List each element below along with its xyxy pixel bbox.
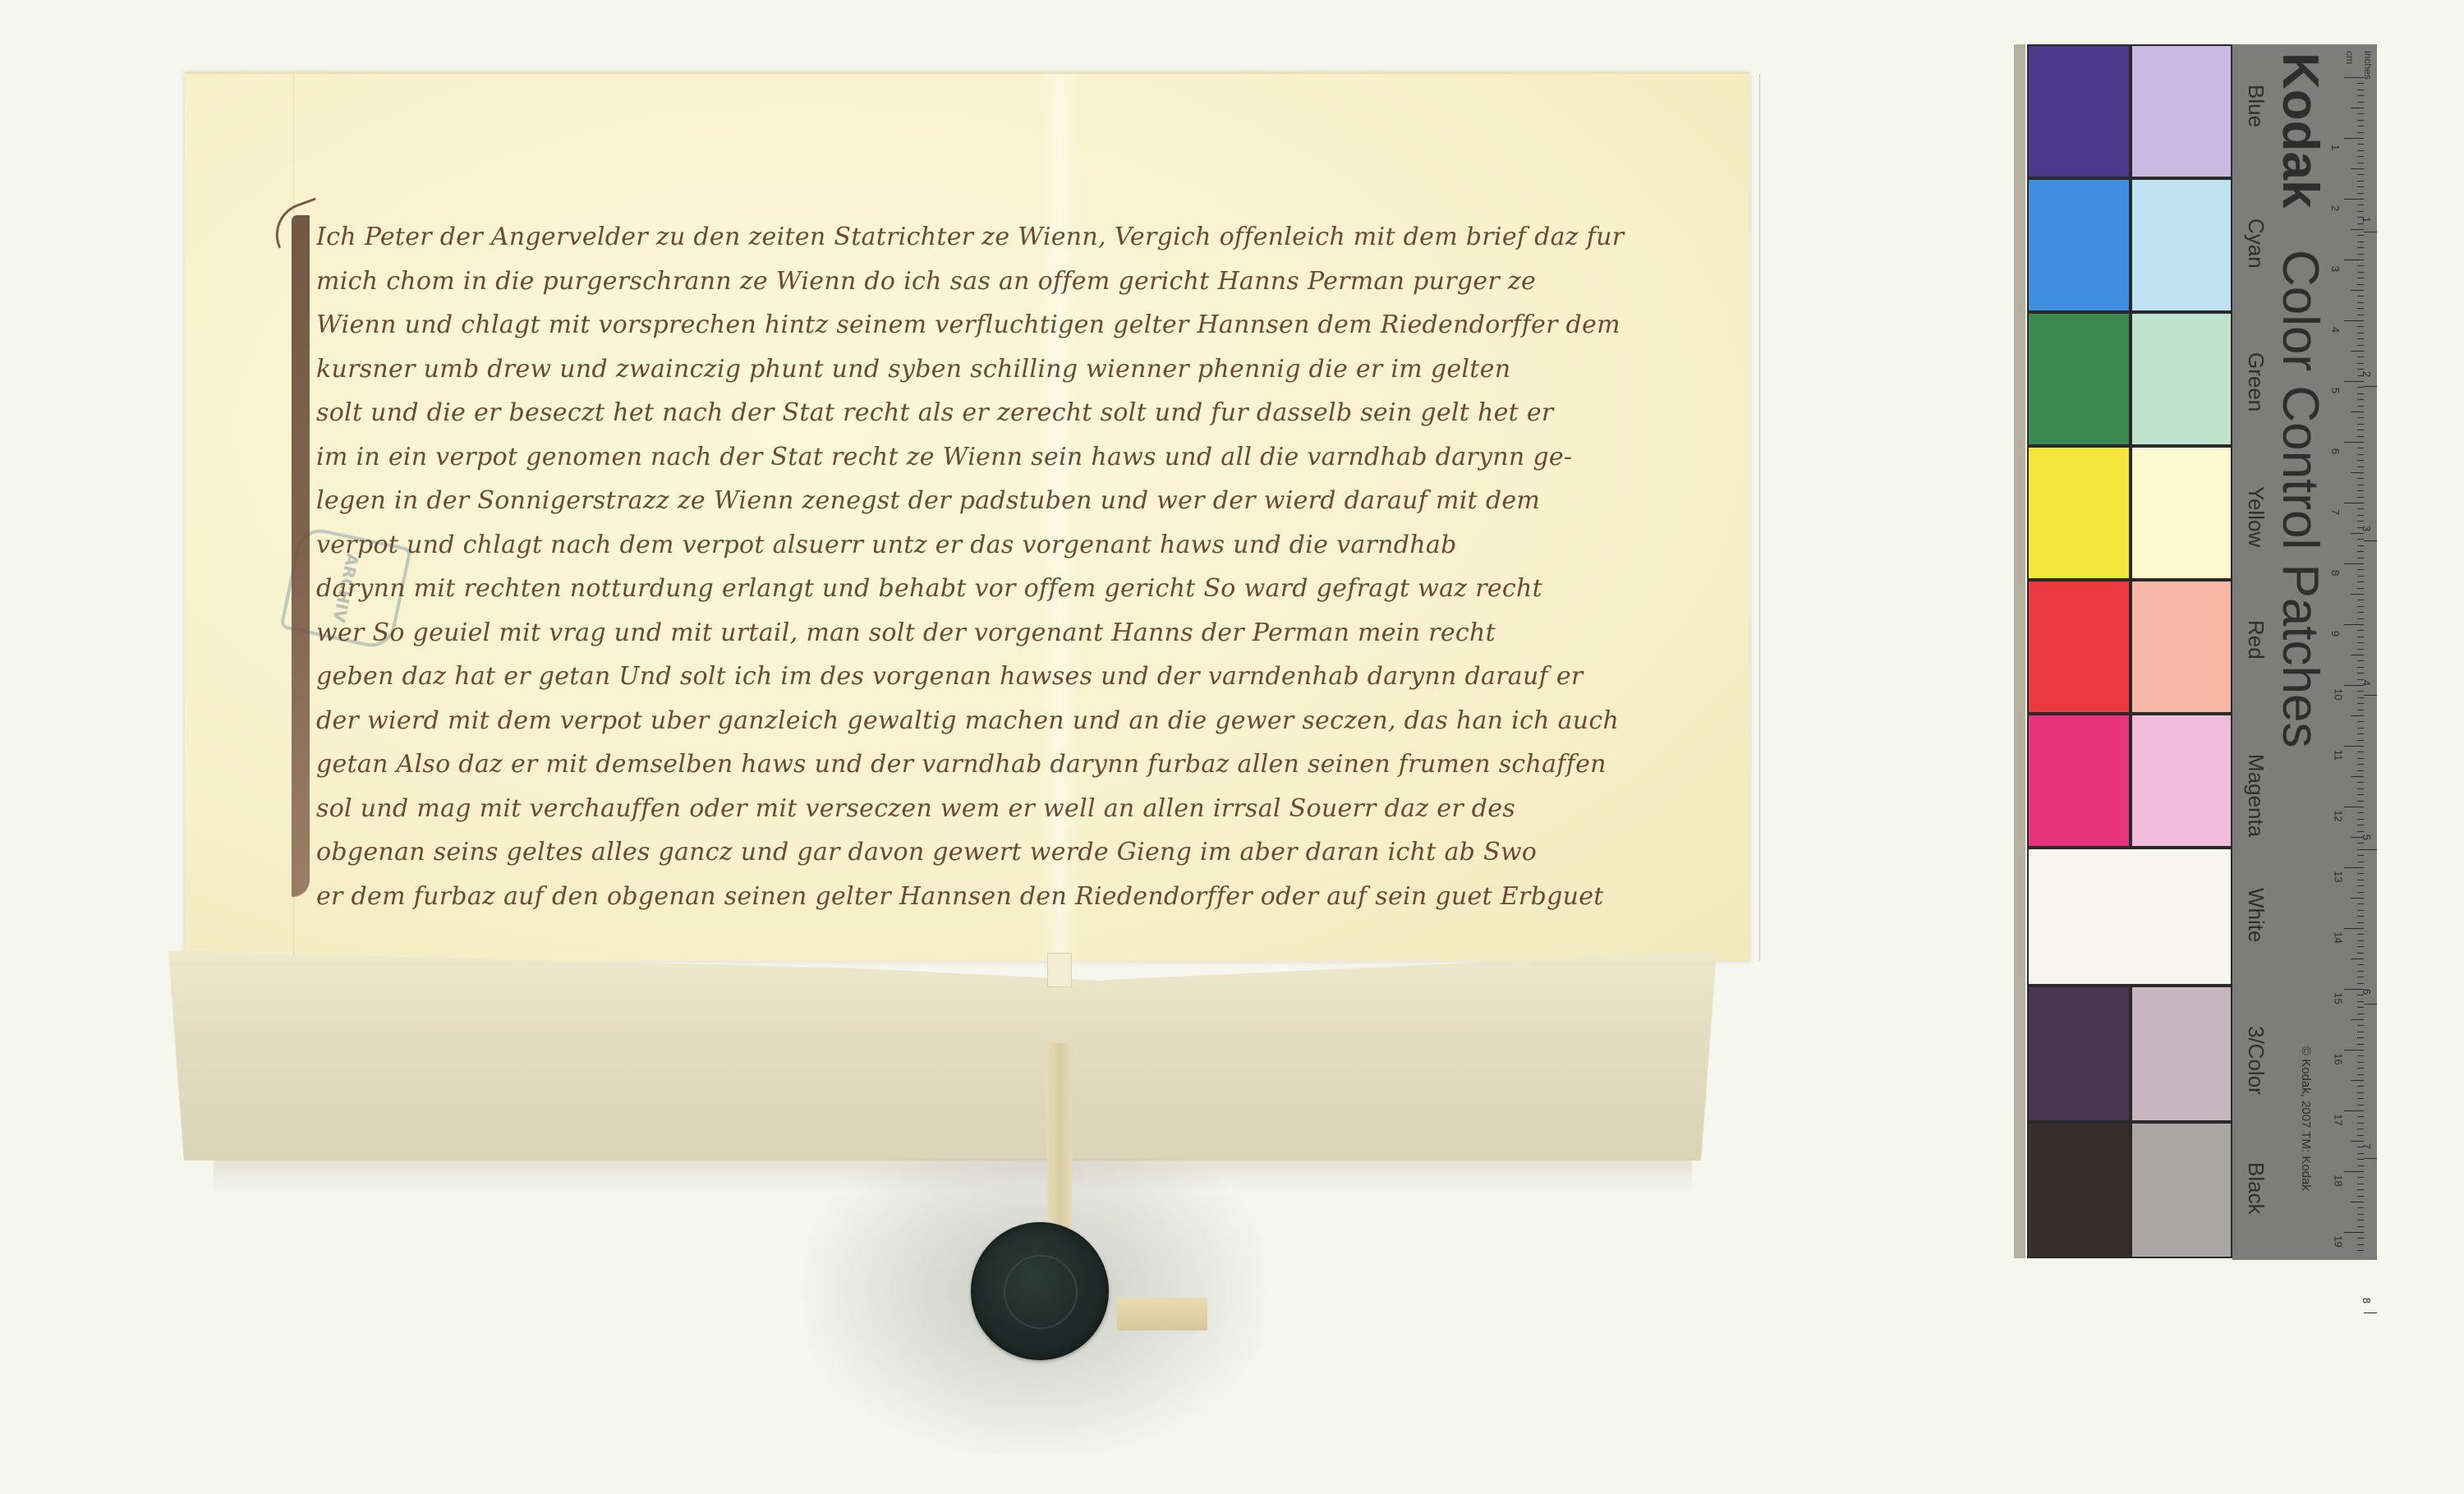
ruler-tick [2357,1238,2364,1239]
patch-label: Blue [2243,85,2269,127]
ruler-tick [2357,964,2364,965]
cm-mark: 12 [2333,810,2345,821]
text-line: verpot und chlagt nach dem verpot alsuer… [316,523,1762,568]
ruler-tick [2357,940,2364,941]
ruler-tick [2357,1044,2364,1045]
inch-tick [2364,1004,2377,1004]
ruler-tick [2357,223,2364,224]
cm-mark: 5 [2329,388,2342,393]
inch-tick [2364,695,2377,696]
text-line: obgenan seins geltes alles gancz und gar… [316,830,1762,875]
ruler-tick [2357,150,2364,151]
ruler-tick [2357,90,2364,90]
text-line: solt und die er beseczt het nach der Sta… [316,391,1762,435]
ruler-tick [2344,260,2364,260]
ruler-tick [2344,1171,2364,1172]
patch-magenta-dark [2027,714,2131,848]
patch-green-light [2131,312,2232,446]
ruler-tick [2357,490,2364,491]
ruler-tick [2357,618,2364,619]
ruler-tick [2357,600,2364,600]
ruler-tick [2357,467,2364,467]
cm-mark: 6 [2329,448,2342,454]
ruler-tick [2357,637,2364,637]
ruler-tick [2357,1214,2364,1215]
ruler-tick [2357,211,2364,212]
ruler-tick [2357,1025,2364,1026]
ruler-tick [2357,460,2364,461]
ruler-tick [2344,928,2364,929]
ruler-tick [2357,539,2364,540]
ruler-tick [2357,417,2364,418]
cm-mark: 1 [2329,145,2342,150]
patch-black-dark [2027,1122,2131,1258]
ruler-tick [2357,606,2364,607]
ruler-tick [2357,770,2364,771]
ruler-tick [2357,424,2364,425]
ruler-tick [2357,667,2364,668]
ruler-tick [2357,733,2364,734]
ruler-tick [2344,381,2364,382]
ruler-tick [2357,642,2364,643]
ruler-tick [2357,630,2364,631]
patch-red-dark [2027,580,2131,714]
ruler-tick [2357,825,2364,825]
inch-mark: 7 [2361,1143,2373,1149]
ruler-tick [2357,1153,2364,1154]
patch-cyan-light [2131,178,2232,312]
text-line: getan Also daz er mit demselben haws und… [316,742,1762,787]
ruler-tick [2357,1116,2364,1117]
ruler-tick [2357,971,2364,972]
ruler-tick [2344,746,2364,747]
ruler-tick [2357,338,2364,339]
ruler-tick [2351,168,2364,169]
ruler-tick [2357,801,2364,802]
ruler-tick [2357,508,2364,509]
ruler-tick [2357,144,2364,145]
text-line: legen in der Sonnigerstrazz ze Wienn zen… [316,479,1762,523]
cm-mark: 3 [2329,266,2342,272]
ruler-tick [2357,953,2364,954]
ruler-tick [2344,1050,2364,1050]
ruler-tick [2344,1232,2364,1233]
ruler-tick [2357,156,2364,157]
ruler-tick [2351,533,2364,534]
ruler-tick [2357,576,2364,577]
ruler-tick [2357,454,2364,455]
seal-strap-tail [1117,1298,1207,1331]
copyright-label: © Kodak, 2007 TM: Kodak [2299,1046,2313,1191]
ruler-tick [2357,977,2364,977]
ruler-tick [2357,569,2364,570]
ruler-tick [2357,1037,2364,1038]
ruler-tick [2357,436,2364,437]
ruler-tick [2357,582,2364,582]
ruler-tick [2351,351,2364,352]
ruler-tick [2357,181,2364,182]
cm-mark: 15 [2333,992,2345,1004]
ruler-tick [2357,728,2364,729]
ruler-tick [2344,503,2364,503]
ruler-tick [2351,715,2364,716]
ruler-tick [2357,660,2364,661]
text-line: im in ein verpot genomen nach der Stat r… [316,435,1762,480]
ruler-tick [2351,290,2364,291]
ruler-tick [2357,710,2364,710]
ruler-tick [2357,910,2364,911]
ruler-tick [2357,345,2364,346]
ruler-tick [2357,1165,2364,1166]
ruler-tick [2357,691,2364,692]
patch-blue-light [2131,44,2232,178]
ruler-tick [2351,1141,2364,1142]
ruler-tick [2344,807,2364,807]
patch-red-light [2131,580,2232,714]
ruler-tick [2357,916,2364,917]
ruler-tick [2357,186,2364,187]
patch-green-dark [2027,312,2131,446]
inch-tick [2364,232,2377,232]
patch-label: Green [2243,352,2269,411]
ruler-tick [2357,922,2364,923]
ruler-tick [2357,205,2364,205]
ruler-tick [2357,1184,2364,1184]
ruler-tick [2357,497,2364,498]
parchment-fold-flap [168,951,1717,1161]
ruler-tick [2357,315,2364,315]
ruler-tick [2357,721,2364,722]
ruler-tick [2357,1123,2364,1124]
inch-tick [2364,1158,2377,1159]
cm-mark: 9 [2329,631,2342,637]
cm-mark: 8 [2329,570,2342,576]
ruler-tick [2357,1220,2364,1220]
ruler-tick [2357,102,2364,103]
inch-mark: 1 [2361,217,2373,223]
ruler-tick [2344,1110,2364,1111]
ruler-tick [2357,521,2364,522]
ruler-tick [2357,764,2364,765]
ruler-tick [2357,1159,2364,1160]
patch-label: Red [2243,620,2269,660]
cm-mark: 13 [2333,871,2345,882]
ruler-tick [2351,776,2364,777]
inch-mark: 3 [2361,526,2373,531]
ruler-tick [2357,862,2364,862]
text-line: Wienn und chlagt mit vorsprechen hintz s… [316,303,1762,347]
ruler-tick [2357,934,2364,935]
text-line: kursner umb drew und zwainczig phunt und… [316,347,1762,392]
ruler-tick [2357,1098,2364,1099]
ruler-tick [2344,77,2364,78]
ruler-tick [2357,296,2364,297]
ruler-tick [2357,369,2364,370]
title-label: Color Control Patches [2271,250,2329,748]
ruler-tick [2357,782,2364,783]
ruler-tick [2357,1177,2364,1178]
patch-label: White [2243,888,2269,942]
ruler-tick [2344,442,2364,443]
ruler-tick [2357,193,2364,194]
ruler-tick [2357,126,2364,126]
ruler-tick [2351,472,2364,473]
cm-unit-label: cm [2344,51,2356,64]
ruler-tick [2351,958,2364,959]
ruler-tick [2357,1105,2364,1106]
ruler-tick [2357,843,2364,844]
ruler-tick [2357,892,2364,893]
seal-emblem [1004,1255,1078,1329]
charter-text: Ich Peter der Angervelder zu den zeiten … [316,215,1762,918]
ruler-tick [2357,819,2364,820]
text-line: Ich Peter der Angervelder zu den zeiten … [316,215,1762,260]
patch-yellow-dark [2027,446,2131,580]
ruler-tick [2357,120,2364,121]
ruler-tick [2357,95,2364,96]
ruler-tick [2357,113,2364,114]
ruler-tick [2357,1074,2364,1075]
ruler-tick [2357,272,2364,273]
ruler-tick [2357,1250,2364,1251]
ruler-tick [2357,758,2364,759]
ruler-tick [2357,855,2364,856]
ruler-tick [2344,563,2364,564]
ruler-tick [2357,515,2364,516]
ruler-tick [2351,1019,2364,1020]
ruler-tick [2357,387,2364,388]
inch-mark: 2 [2361,371,2373,377]
ruler-tick [2357,1014,2364,1014]
ruler-tick [2357,1001,2364,1002]
inch-mark: 5 [2361,834,2373,840]
ruler-tick [2357,849,2364,850]
ruler-tick [2357,1129,2364,1129]
ruler-tick [2357,326,2364,327]
inch-tick [2364,386,2377,387]
ruler-tick [2357,551,2364,552]
inch-mark: 8 [2361,1298,2373,1303]
patch-label: Yellow [2243,486,2269,547]
text-line: sol und mag mit verchauffen oder mit ver… [316,787,1762,831]
ruler-tick [2357,946,2364,947]
ruler-tick [2351,1202,2364,1202]
ruler-tick [2357,880,2364,880]
label-band: Kodak Color Control Patches © Kodak, 200… [2232,44,2377,1260]
cm-mark: 19 [2333,1235,2345,1247]
cm-mark: 2 [2329,205,2342,211]
ruler-tick [2351,411,2364,412]
ruler-tick [2351,1080,2364,1081]
ruler-tick [2357,235,2364,236]
ruler-tick [2357,1055,2364,1056]
cm-mark: 11 [2332,750,2344,761]
ruler-tick [2357,831,2364,832]
ruler-tick [2357,1032,2364,1032]
cm-mark: 4 [2329,327,2342,333]
ruler-tick [2357,406,2364,407]
ruler-tick [2357,83,2364,84]
ruler-tick [2357,873,2364,874]
ruler-tick [2357,163,2364,163]
patch-white [2027,848,2232,986]
ruler-tick [2357,247,2364,248]
ruler-tick [2357,1244,2364,1245]
ruler-tick [2357,649,2364,650]
cm-mark: 17 [2333,1114,2345,1125]
seal-strap-loop [1047,953,1072,987]
ruler-tick [2357,1135,2364,1136]
patch-label: 3/Color [2243,1026,2269,1095]
ruler-tick [2344,624,2364,625]
ruler-tick [2357,284,2364,285]
ruler-tick [2357,612,2364,613]
brand-label: Kodak [2271,53,2329,208]
ruler-tick [2357,703,2364,704]
ruler-tick [2357,1068,2364,1069]
ruler-tick [2357,740,2364,741]
inch-mark: 6 [2361,989,2373,995]
inch-tick [2364,1312,2377,1313]
inch-tick [2364,540,2377,541]
ruler-tick [2357,265,2364,266]
text-line: darynn mit rechten notturdung erlangt un… [316,567,1762,611]
ruler-tick [2357,752,2364,752]
ruler-tick [2344,867,2364,868]
ruler-tick [2357,794,2364,795]
ruler-tick [2357,308,2364,309]
text-line: geben daz hat er getan Und solt ich im d… [316,655,1762,699]
ruler-tick [2351,898,2364,899]
patch-label: Magenta [2243,754,2269,837]
cm-mark: 16 [2333,1053,2345,1064]
decorated-initial-i [292,215,310,897]
ruler-tick [2357,393,2364,394]
patch-cyan-dark [2027,178,2131,312]
ruler-tick [2357,356,2364,357]
ruler-tick [2357,788,2364,789]
cm-mark: 10 [2333,688,2345,700]
ruler-tick [2344,320,2364,321]
ruler-tick [2357,558,2364,559]
ruler-tick [2357,697,2364,698]
text-line: er dem furbaz auf den obgenan seinen gel… [316,875,1762,919]
ruler-tick [2357,812,2364,813]
patch-magenta-light [2131,714,2232,848]
text-line: mich chom in die purgerschrann ze Wienn … [316,260,1762,304]
ruler-tick [2357,673,2364,673]
ruler-tick [2357,983,2364,984]
patch-3color-light [2131,986,2232,1122]
text-line: wer So geuiel mit vrag und mit urtail, m… [316,611,1762,655]
cm-mark: 7 [2329,509,2342,515]
ruler-tick [2357,174,2364,175]
ruler-tick [2357,1062,2364,1063]
ruler-tick [2357,1086,2364,1087]
ruler-tick [2357,430,2364,430]
ruler-tick [2357,1092,2364,1093]
inch-tick [2364,849,2377,850]
ruler-tick [2357,278,2364,278]
ruler-tick [2357,588,2364,589]
ruler-tick [2351,655,2364,655]
ruler-tick [2357,363,2364,364]
patch-yellow-light [2131,446,2232,580]
ruler-tick [2357,302,2364,303]
inch-mark: 4 [2361,680,2373,686]
ruler-tick [2357,1207,2364,1208]
ruler-tick [2344,138,2364,139]
ruler-tick [2357,478,2364,479]
ruler-tick [2357,1196,2364,1197]
ruler-tick [2357,1189,2364,1190]
ruler-tick [2357,485,2364,485]
ruler-tick [2357,448,2364,448]
patch-blue-dark [2027,44,2131,178]
wax-seal [971,1222,1109,1360]
kodak-color-control-strip: Kodak Color Control Patches © Kodak, 200… [2022,41,2384,1261]
ruler-tick [2357,132,2364,133]
ruler-tick [2357,903,2364,904]
ruler-tick [2351,229,2364,230]
ruler-tick [2357,241,2364,242]
ruler-tick [2351,108,2364,108]
ruler-tick [2351,594,2364,595]
ruler-tick [2357,885,2364,886]
cm-mark: 14 [2333,931,2345,943]
text-line: der wierd mit dem verpot uber ganzleich … [316,699,1762,743]
ruler-tick [2344,199,2364,200]
patch-black-light [2131,1122,2232,1258]
patch-3color-dark [2027,986,2131,1122]
patch-label: Cyan [2243,218,2269,269]
ruler-tick [2357,995,2364,995]
inch-unit-label: inches [2362,51,2374,80]
ruler-tick [2357,1007,2364,1008]
patch-label: Black [2243,1162,2269,1215]
ruler-tick [2357,333,2364,333]
cm-mark: 18 [2333,1175,2345,1186]
ruler-tick [2357,399,2364,400]
ruler-tick [2357,545,2364,546]
ruler-tick [2357,254,2364,255]
ruler-tick [2357,1226,2364,1227]
